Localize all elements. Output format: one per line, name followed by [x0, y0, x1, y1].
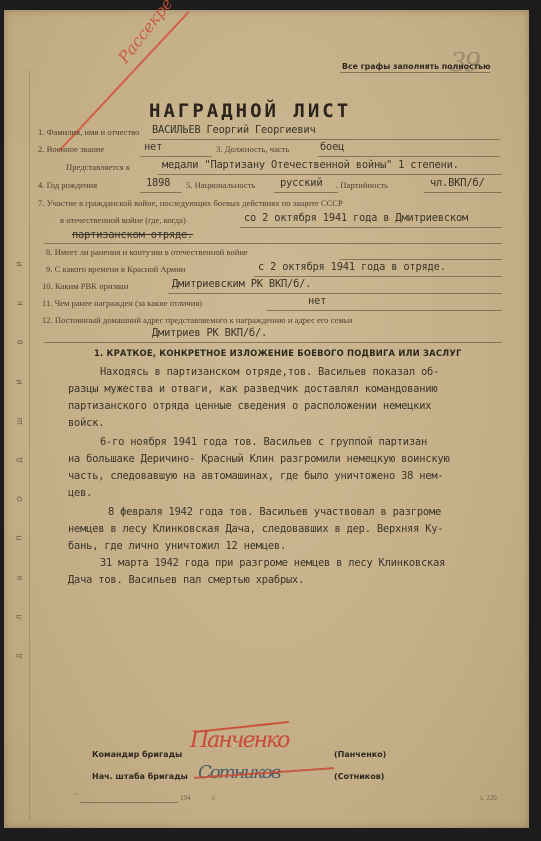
narrative-line: Дача тов. Васильев пал смертью храбрых. [68, 574, 304, 586]
margin-letter: Л [16, 614, 24, 619]
margin-letter: Ш [16, 417, 24, 425]
commander-label: Командир бригады [92, 750, 182, 759]
field-line [274, 192, 338, 193]
field-2-label: 2. Военное звание [38, 144, 104, 154]
field-10-label: 10. Каким РВК призван [42, 281, 128, 291]
field-11-value: нет [308, 295, 326, 307]
margin-letter: О [16, 496, 24, 502]
field-5-value: русский [280, 177, 322, 189]
chief-of-staff-name: (Сотников) [334, 772, 384, 781]
field-line [266, 310, 502, 311]
narrative-line: войск. [68, 417, 104, 429]
field-4-value: 1898 [146, 177, 170, 189]
binding-margin-text: Д Л Я П О Д Ш И В К И [14, 260, 26, 660]
field-8-label: 8. Имеет ли ранения и контузии в отечест… [46, 247, 248, 257]
field-9-label: 9. С какого времени в Красной Армии [46, 264, 185, 274]
margin-letter: Д [16, 653, 24, 658]
form-number: з. 220 [480, 794, 497, 802]
year-suffix: г. [212, 794, 216, 802]
field-6-value: чл.ВКП/б/ [430, 177, 485, 189]
narrative-line: партизанского отряда ценные сведения о р… [68, 400, 431, 412]
notice-underline [340, 72, 490, 73]
date-line [80, 802, 178, 803]
fill-all-fields-notice: Все графы заполнять полностью [342, 62, 491, 71]
field-7-value-line2: партизанском отряде. [72, 229, 193, 241]
narrative-line: 8 февраля 1942 года тов. Васильев участв… [108, 506, 441, 518]
declassified-stamp: Рассекречено [114, 0, 201, 67]
field-3-label: 3. Должность, часть [216, 144, 289, 154]
field-line [150, 139, 500, 140]
narrative-line: немцев в лесу Клинковская Дача, следовав… [68, 523, 443, 535]
document-title: НАГРАДНОЙ ЛИСТ [149, 100, 351, 122]
field-3-value: боец [320, 141, 344, 153]
narrative-line: Находясь в партизанском отряде,тов. Васи… [100, 366, 439, 378]
award-sheet-page: Д Л Я П О Д Ш И В К И Рассекречено 39 Вс… [4, 10, 529, 828]
field-1-label: 1. Фамилия, имя и отчество [38, 127, 139, 137]
field-line [168, 293, 502, 294]
field-11-label: 11. Чем ранее награжден (за какие отличи… [42, 298, 202, 308]
margin-letter: И [16, 261, 24, 266]
field-line [44, 243, 502, 244]
narrative-line: бань, где лично уничтожил 12 немцев. [68, 540, 286, 552]
field-line [44, 342, 502, 343]
field-line [318, 156, 500, 157]
year-prefix: 194 [180, 794, 191, 802]
commander-name: (Панченко) [334, 750, 386, 759]
margin-letter: Д [16, 457, 24, 462]
field-7-value-line1: со 2 октября 1941 года в Дмитриевском [244, 212, 468, 224]
margin-letter: В [16, 340, 24, 345]
binding-margin-line [29, 70, 30, 820]
margin-letter: И [16, 379, 24, 384]
narrative-line: цев. [68, 487, 92, 499]
presented-value: медали "Партизану Отечественной войны" 1… [162, 159, 459, 171]
field-9-value: с 2 октября 1941 года в отряде. [258, 261, 446, 273]
field-7-label-line2: в отечественной войне (где, когда) [60, 215, 186, 225]
margin-letter: К [16, 301, 24, 306]
field-line [424, 192, 502, 193]
section-title: 1. КРАТКОЕ, КОНКРЕТНОЕ ИЗЛОЖЕНИЕ БОЕВОГО… [94, 348, 462, 358]
field-line [240, 227, 502, 228]
narrative-line: разцы мужества и отваги, как разведчик д… [68, 383, 437, 395]
field-4-label: 4. Год рождения [38, 180, 97, 190]
margin-letter: П [16, 536, 24, 541]
field-2-value: нет [144, 141, 162, 153]
field-5-label: 5. Национальность [186, 180, 255, 190]
date-quote: " [74, 792, 77, 800]
field-line [140, 156, 212, 157]
field-line [158, 174, 502, 175]
chief-of-staff-label: Нач. штаба бригады [92, 772, 188, 781]
field-line [340, 259, 502, 260]
field-12-label: 12. Постоянный домашний адрес представля… [42, 315, 352, 325]
field-1-value: ВАСИЛЬЕВ Георгий Георгиевич [152, 124, 316, 136]
narrative-line: 31 марта 1942 года при разгроме немцев в… [100, 557, 445, 569]
field-6-label: . Партийность [336, 180, 388, 190]
presented-label: Представляется к [66, 162, 130, 172]
field-10-value: Дмитриевским РК ВКП/б/. [172, 278, 311, 290]
narrative-line: на большаке Деричино- Красный Клин разгр… [68, 453, 450, 465]
narrative-line: 6-го ноября 1941 года тов. Васильев с гр… [100, 436, 427, 448]
margin-letter: Я [16, 575, 24, 580]
field-line [140, 192, 182, 193]
field-line [254, 276, 502, 277]
field-7-label-line1: 7. Участие в гражданской войне, последую… [38, 198, 343, 208]
field-12-value: Дмитриев РК ВКП/б/. [152, 327, 267, 339]
narrative-line: часть, следовавшую на автомашинах, где б… [68, 470, 443, 482]
